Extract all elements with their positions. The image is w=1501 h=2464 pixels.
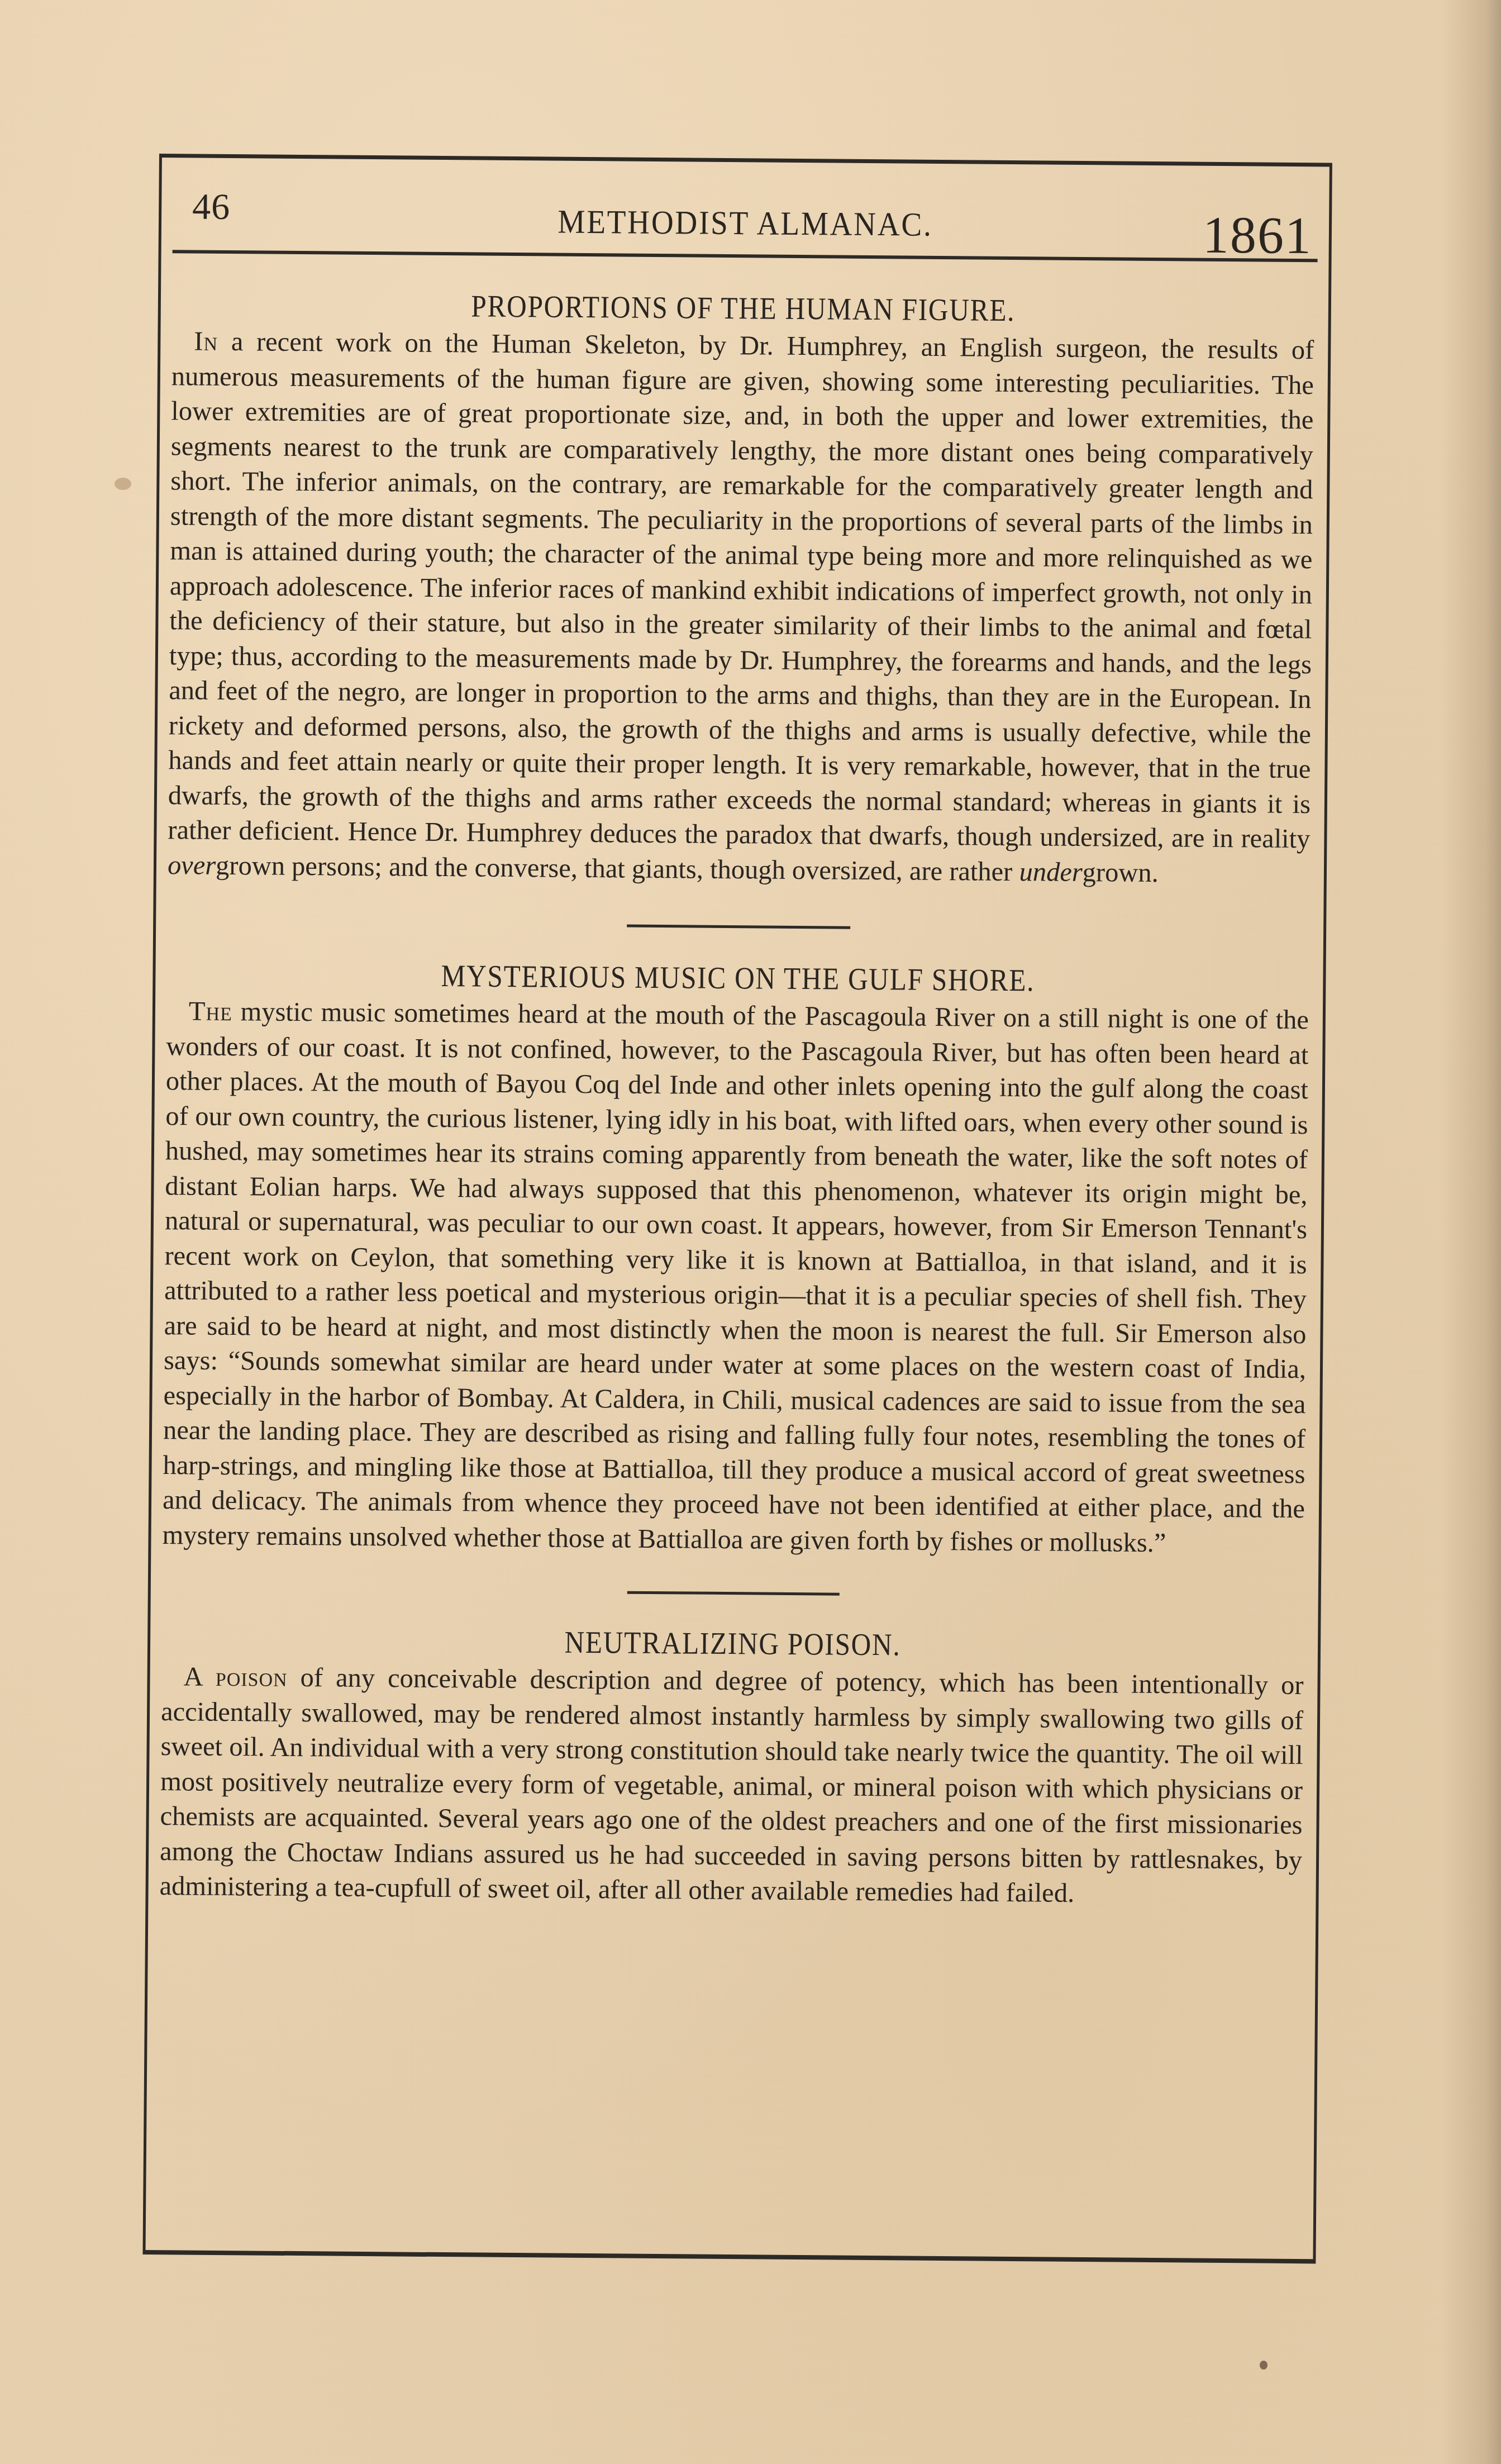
running-head: 46 METHODIST ALMANAC. 1861: [161, 174, 1330, 256]
lead-words: A poison: [183, 1662, 288, 1692]
italic-text: under: [1019, 857, 1083, 887]
article-neutralizing-poison: NEUTRALIZING POISON. A poison of any con…: [159, 1621, 1304, 1913]
body-text: mystic music sometimes heard at the mout…: [162, 997, 1309, 1558]
paper-stain: [1260, 2361, 1267, 2370]
article-title: MYSTERIOUS MUSIC ON THE GULF SHORE.: [235, 957, 1241, 1000]
article-mysterious-music: MYSTERIOUS MUSIC ON THE GULF SHORE. The …: [162, 956, 1309, 1562]
page-year: 1861: [1202, 205, 1312, 267]
page-content: PROPORTIONS OF THE HUMAN FIGURE. In a re…: [159, 286, 1314, 1913]
article-proportions-human-figure: PROPORTIONS OF THE HUMAN FIGURE. In a re…: [168, 286, 1314, 892]
lead-words: The: [189, 996, 232, 1026]
section-divider: [627, 1591, 839, 1596]
body-text: of any conceivable description and degre…: [159, 1663, 1303, 1908]
article-body: In a recent work on the Human Skeleton, …: [168, 324, 1314, 892]
italic-text: over: [168, 850, 216, 881]
paper-stain: [115, 478, 131, 490]
article-body: The mystic music sometimes heard at the …: [162, 994, 1309, 1562]
almanac-title: METHODIST ALMANAC.: [208, 200, 1282, 247]
article-title: NEUTRALIZING POISON.: [230, 1622, 1236, 1666]
page-frame: 46 METHODIST ALMANAC. 1861 PROPORTIONS O…: [142, 154, 1332, 2263]
article-title: PROPORTIONS OF THE HUMAN FIGURE.: [240, 287, 1246, 330]
lead-words: In: [194, 327, 218, 356]
section-divider: [627, 925, 850, 929]
article-body: A poison of any conceivable description …: [159, 1659, 1303, 1913]
body-text: a recent work on the Human Skeleton, by …: [168, 327, 1314, 854]
body-text: grown persons; and the converse, that gi…: [216, 850, 1019, 886]
body-text: grown.: [1082, 858, 1158, 888]
